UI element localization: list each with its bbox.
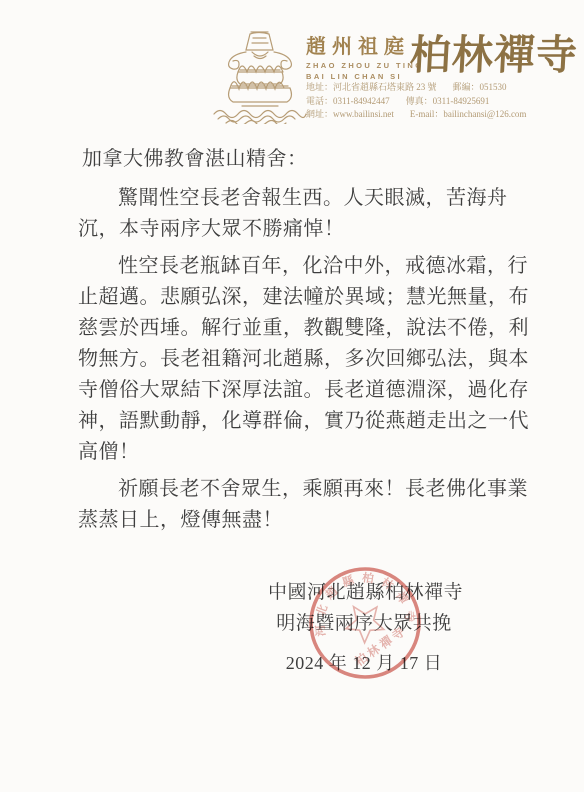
- stupa-logo-icon: [212, 26, 308, 124]
- letterhead-contact-info: 地址：河北省趙縣石塔東路 23 號郵編：051530 電話：0311-84942…: [306, 81, 526, 122]
- body-line: 祈願長老不舍眾生，乘願再來！長老佛化事業: [78, 474, 530, 505]
- pinyin-line-1: ZHAO ZHOU ZU TING: [306, 61, 423, 70]
- body-line: 驚聞性空長老舍報生西。人天眼滅，苦海舟: [78, 183, 530, 214]
- ancestral-court-title: 趙州祖庭: [306, 30, 423, 59]
- body-line: 神，語默動靜，化導群倫，實乃從燕趙走出之一代: [78, 406, 530, 437]
- signature-abbot-line: 明海暨兩序大眾共挽: [268, 608, 460, 639]
- signature-block: 中國河北趙縣柏林禪寺 明海暨兩序大眾共挽 2024 年 12 月 17 日: [268, 577, 460, 679]
- body-line: 寺僧俗大眾結下深厚法誼。長老道德淵深，過化存: [78, 375, 530, 406]
- postcode-text: 郵編：051530: [453, 82, 507, 92]
- paragraph-2: 性空長老瓶缽百年，化洽中外，戒德冰霜，行 止超邁。悲願弘深，建法幢於異域；慧光無…: [78, 251, 530, 468]
- signature-temple-line: 中國河北趙縣柏林禪寺: [268, 577, 460, 608]
- contact-row-web: 網址：www.bailinsi.netE-mail：bailinchansi@1…: [306, 108, 526, 122]
- body-line: 止超邁。悲願弘深，建法幢於異域；慧光無量，布: [78, 282, 530, 313]
- body-line: 高僧！: [78, 437, 530, 468]
- body-line: 物無方。長老祖籍河北趙縣，多次回鄉弘法，與本: [78, 344, 530, 375]
- paragraph-1: 驚聞性空長老舍報生西。人天眼滅，苦海舟 沉，本寺兩序大眾不勝痛悼！: [78, 183, 530, 245]
- fax-text: 傳真：0311-84925691: [406, 96, 490, 106]
- pinyin-line-2: BAI LIN CHAN SI: [306, 72, 423, 81]
- paragraph-3: 祈願長老不舍眾生，乘願再來！長老佛化事業 蒸蒸日上，燈傳無盡！: [78, 474, 530, 536]
- contact-row-address: 地址：河北省趙縣石塔東路 23 號郵編：051530: [306, 81, 526, 95]
- contact-row-phone: 電話：0311-84942447傳真：0311-84925691: [306, 95, 526, 109]
- temple-name-calligraphy: 柏林禪寺: [408, 22, 581, 81]
- brand-block: 趙州祖庭 ZHAO ZHOU ZU TING BAI LIN CHAN SI: [306, 30, 423, 81]
- body-line: 沉，本寺兩序大眾不勝痛悼！: [78, 214, 530, 245]
- recipient-line: 加拿大佛教會湛山精舍：: [82, 144, 530, 175]
- letter-body: 加拿大佛教會湛山精舍： 驚聞性空長老舍報生西。人天眼滅，苦海舟 沉，本寺兩序大眾…: [78, 144, 530, 536]
- body-line: 慈雲於西埵。解行並重，教觀雙隆，說法不倦，利: [78, 313, 530, 344]
- address-text: 地址：河北省趙縣石塔東路 23 號: [306, 82, 437, 92]
- letter-date: 2024 年 12 月 17 日: [268, 648, 460, 679]
- body-line: 性空長老瓶缽百年，化洽中外，戒德冰霜，行: [78, 251, 530, 282]
- website-text: 網址：www.bailinsi.net: [306, 109, 394, 119]
- letter-page: 趙州祖庭 ZHAO ZHOU ZU TING BAI LIN CHAN SI 柏…: [0, 0, 584, 792]
- email-text: E-mail：bailinchansi@126.com: [410, 109, 527, 119]
- phone-text: 電話：0311-84942447: [306, 96, 390, 106]
- body-line: 蒸蒸日上，燈傳無盡！: [78, 505, 530, 536]
